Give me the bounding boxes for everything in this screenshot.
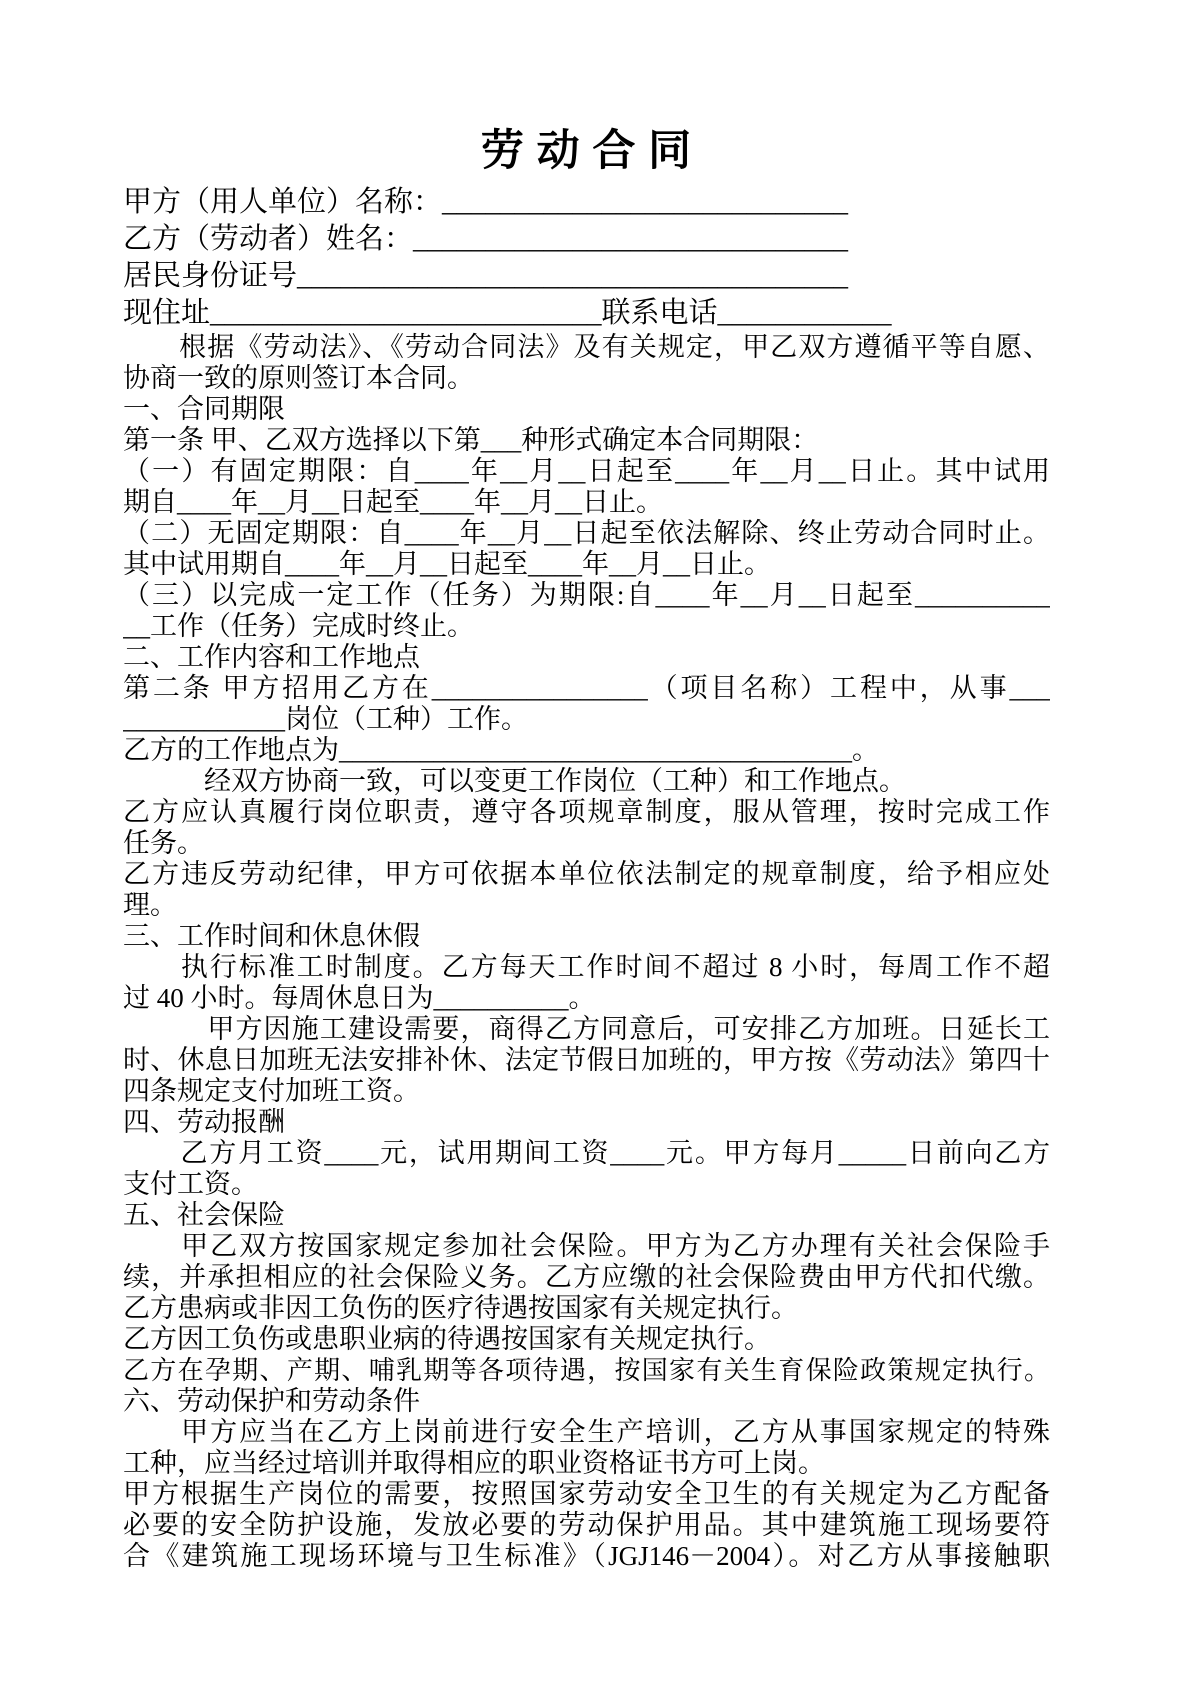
- document-line: 续，并承担相应的社会保险义务。乙方应缴的社会保险费由甲方代扣代缴。: [123, 1262, 1050, 1293]
- document-line: 三、工作时间和休息休假: [123, 921, 1050, 952]
- document-line: 根据《劳动法》、《劳动合同法》及有关规定，甲乙双方遵循平等自愿、: [123, 332, 1050, 363]
- document-line: 乙方患病或非因工负伤的医疗待遇按国家有关规定执行。: [123, 1293, 1050, 1324]
- document-line: 乙方应认真履行岗位职责，遵守各项规章制度，服从管理，按时完成工作: [123, 797, 1050, 828]
- document-line: 经双方协商一致，可以变更工作岗位（工种）和工作地点。: [123, 766, 1050, 797]
- document-line: （一）有固定期限：自____年__月__日起至____年__月__日止。其中试用: [123, 456, 1050, 487]
- document-line: （二）无固定期限：自____年__月__日起至依法解除、终止劳动合同时止。: [123, 518, 1050, 549]
- document-line: 五、社会保险: [123, 1200, 1050, 1231]
- document-line: 必要的安全防护设施，发放必要的劳动保护用品。其中建筑施工现场要符: [123, 1510, 1050, 1541]
- document-line: 甲乙双方按国家规定参加社会保险。甲方为乙方办理有关社会保险手: [123, 1231, 1050, 1262]
- document-title: 劳 动 合 同: [123, 126, 1050, 178]
- document-line: 乙方因工负伤或患职业病的待遇按国家有关规定执行。: [123, 1324, 1050, 1355]
- document-line: 甲方应当在乙方上岗前进行安全生产培训，乙方从事国家规定的特殊: [123, 1417, 1050, 1448]
- document-line: 过 40 小时。每周休息日为__________。: [123, 983, 1050, 1014]
- contract-page: 劳 动 合 同 甲方（用人单位）名称：_____________________…: [0, 0, 1190, 1683]
- document-line: 现住址___________________________联系电话______…: [123, 295, 1050, 332]
- document-line: 时、休息日加班无法安排补休、法定节假日加班的，甲方按《劳动法》第四十: [123, 1045, 1050, 1076]
- document-line: 六、劳动保护和劳动条件: [123, 1386, 1050, 1417]
- document-line: 四、劳动报酬: [123, 1107, 1050, 1138]
- document-line: 甲方因施工建设需要，商得乙方同意后，可安排乙方加班。日延长工: [123, 1014, 1050, 1045]
- document-line: 期自____年__月__日起至____年__月__日止。: [123, 487, 1050, 518]
- document-body: 甲方（用人单位）名称：____________________________乙…: [123, 184, 1050, 1572]
- document-line: 甲方根据生产岗位的需要，按照国家劳动安全卫生的有关规定为乙方配备: [123, 1479, 1050, 1510]
- document-line: 执行标准工时制度。乙方每天工作时间不超过 8 小时，每周工作不超: [123, 952, 1050, 983]
- document-line: 乙方的工作地点为________________________________…: [123, 735, 1050, 766]
- document-line: 乙方在孕期、产期、哺乳期等各项待遇，按国家有关生育保险政策规定执行。: [123, 1355, 1050, 1386]
- document-line: （三）以完成一定工作（任务）为期限:自____年__月__日起至________…: [123, 580, 1050, 611]
- document-line: ____________岗位（工种）工作。: [123, 704, 1050, 735]
- document-line: __工作（任务）完成时终止。: [123, 611, 1050, 642]
- document-line: 四条规定支付加班工资。: [123, 1076, 1050, 1107]
- document-line: 支付工资。: [123, 1169, 1050, 1200]
- document-line: 居民身份证号__________________________________…: [123, 258, 1050, 295]
- document-line: 乙方（劳动者）姓名：______________________________: [123, 221, 1050, 258]
- document-line: 二、工作内容和工作地点: [123, 642, 1050, 673]
- document-line: 其中试用期自____年__月__日起至____年__月__日止。: [123, 549, 1050, 580]
- document-line: 工种，应当经过培训并取得相应的职业资格证书方可上岗。: [123, 1448, 1050, 1479]
- document-line: 合《建筑施工现场环境与卫生标准》（JGJ146－2004）。对乙方从事接触职: [123, 1541, 1050, 1572]
- document-line: 甲方（用人单位）名称：____________________________: [123, 184, 1050, 221]
- document-line: 一、合同期限: [123, 394, 1050, 425]
- document-line: 任务。: [123, 828, 1050, 859]
- document-line: 协商一致的原则签订本合同。: [123, 363, 1050, 394]
- document-line: 乙方违反劳动纪律，甲方可依据本单位依法制定的规章制度，给予相应处: [123, 859, 1050, 890]
- document-line: 理。: [123, 890, 1050, 921]
- document-line: 第一条 甲、乙双方选择以下第___种形式确定本合同期限：: [123, 425, 1050, 456]
- document-line: 第二条 甲方招用乙方在________________（项目名称）工程中，从事_…: [123, 673, 1050, 704]
- document-line: 乙方月工资____元，试用期间工资____元。甲方每月_____日前向乙方: [123, 1138, 1050, 1169]
